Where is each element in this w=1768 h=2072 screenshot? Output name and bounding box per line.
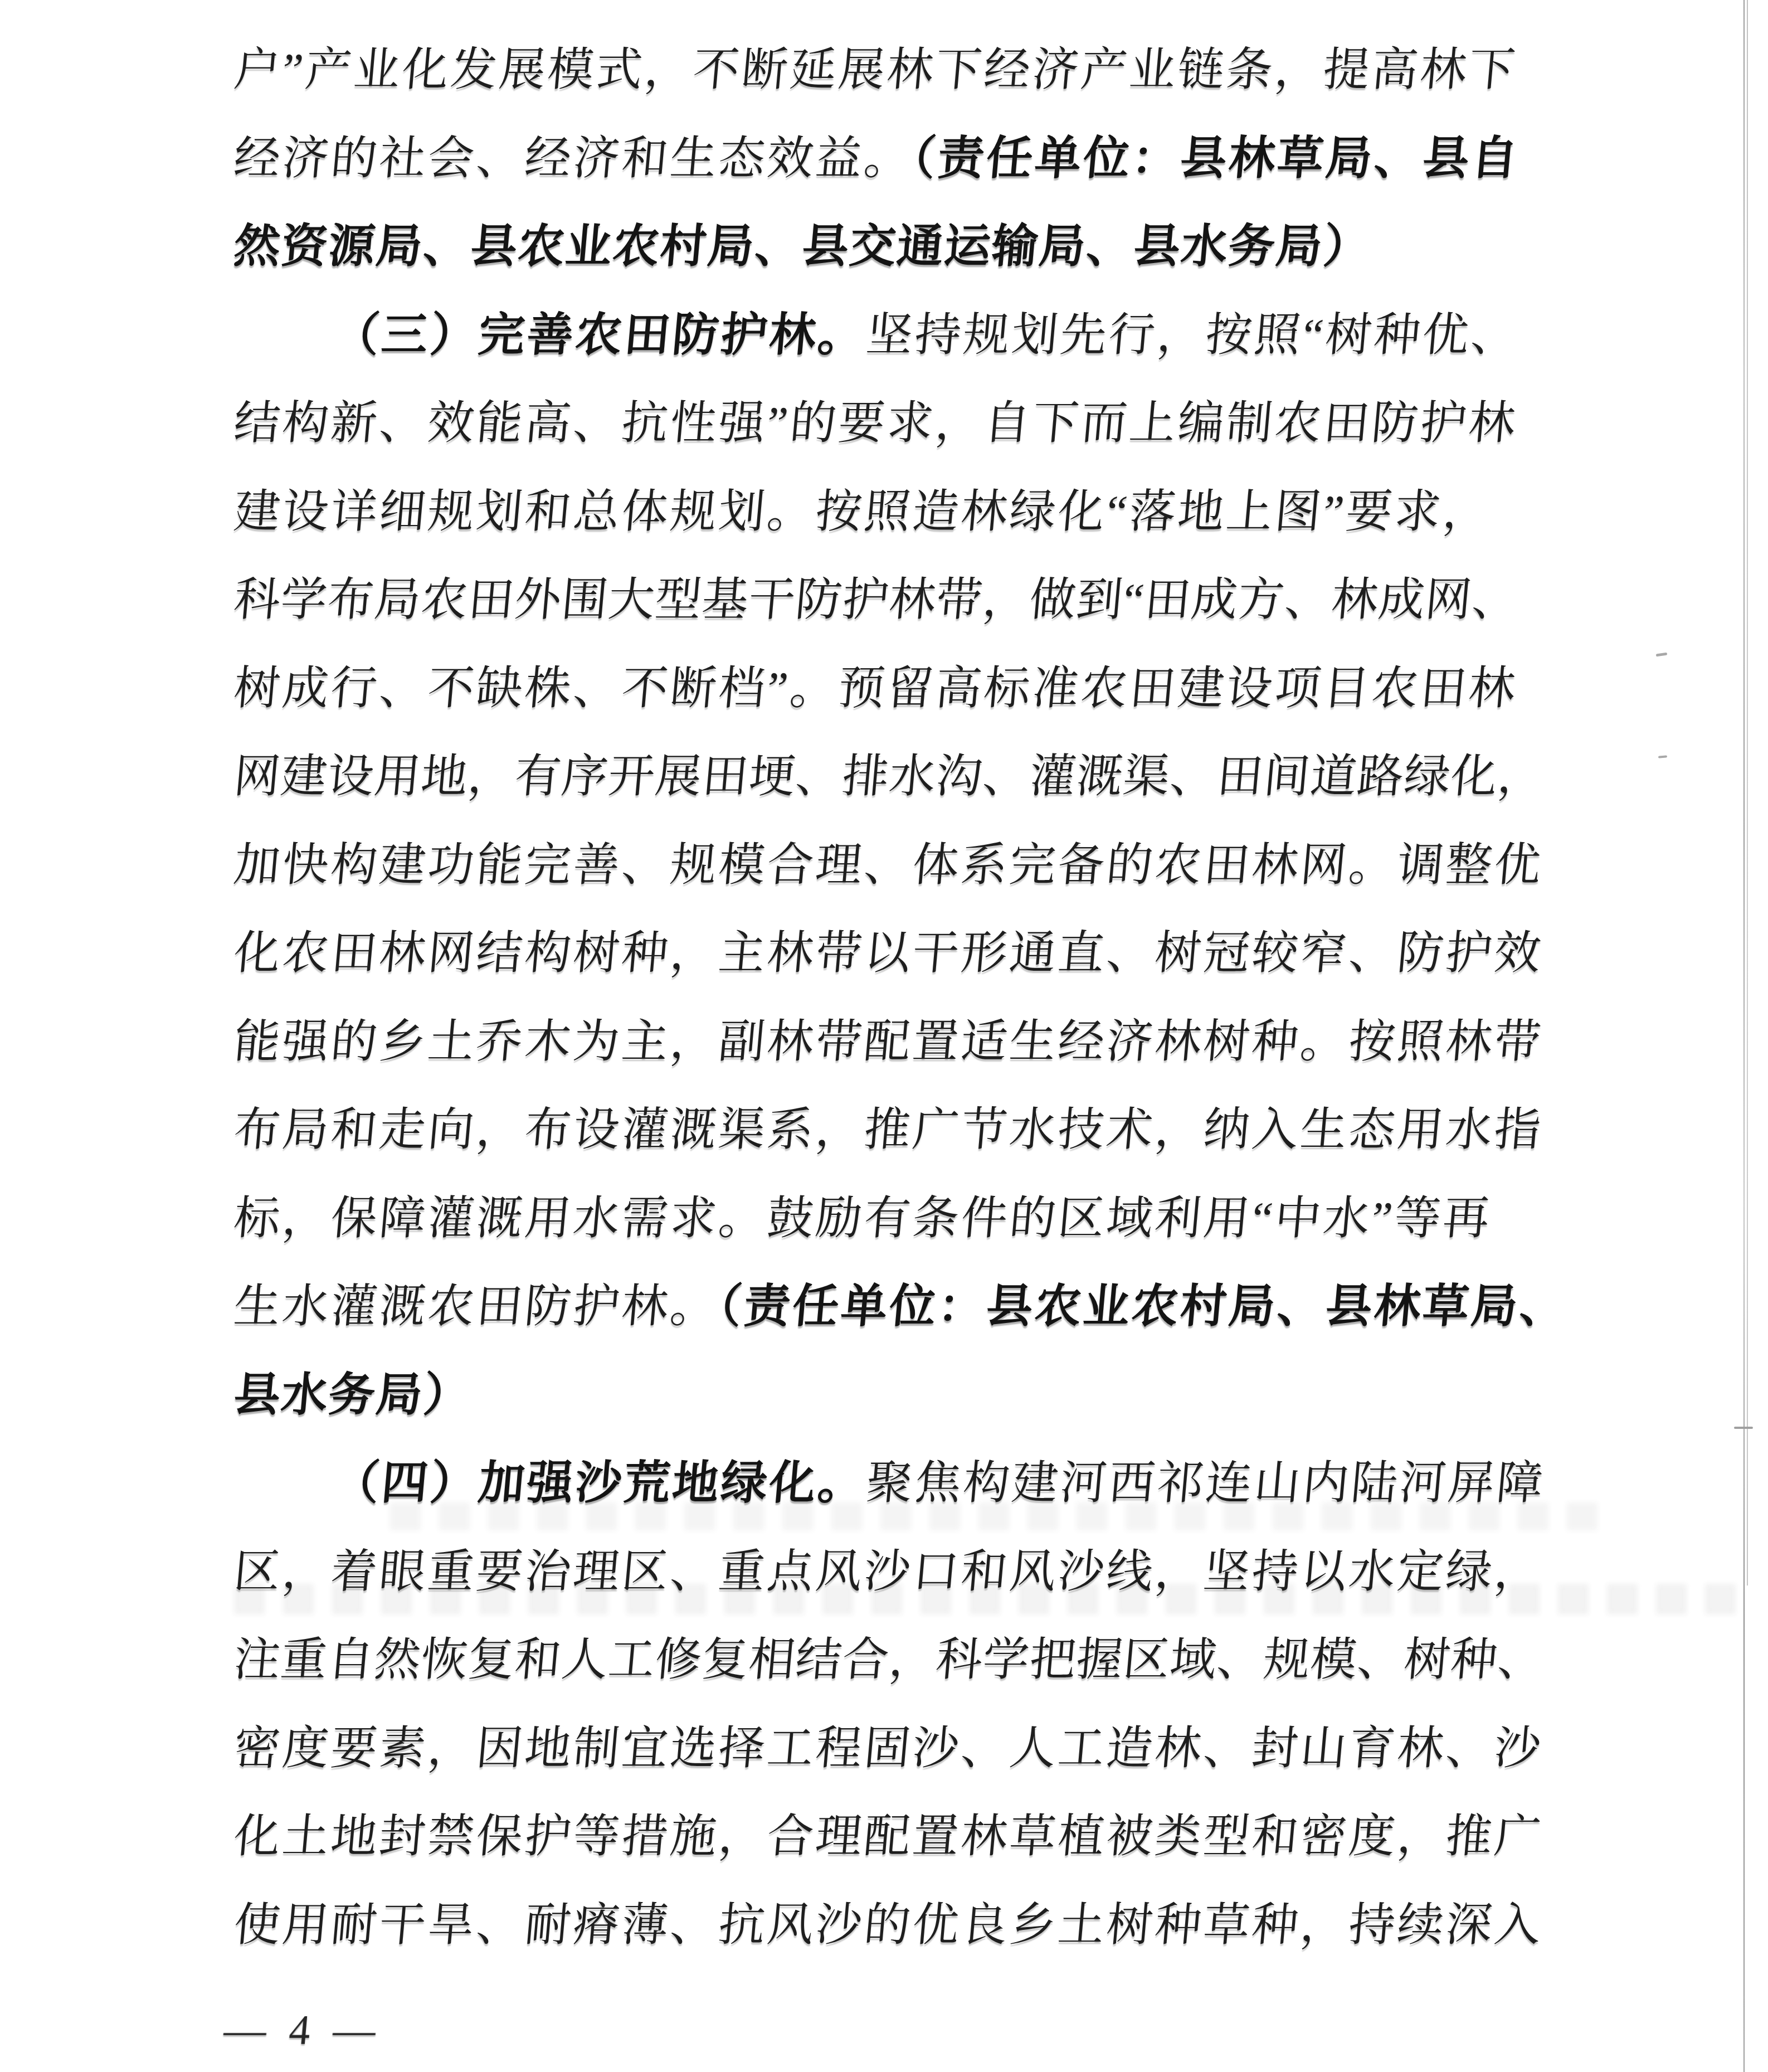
document-text-block: 户”产业化发展模式，不断延展林下经济产业链条，提高林下 经济的社会、经济和生态效…: [234, 26, 1543, 1969]
text-line-3: 然资源局、县农业农村局、县交通运输局、县水务局）: [230, 202, 1547, 291]
paper-edge-scan-line-secondary: [1747, 0, 1748, 1585]
responsibility-unit-text: 县水务局）: [232, 1369, 473, 1421]
line-text: 聚焦构建河西祁连山内陆河屏障: [864, 1457, 1547, 1509]
page-number: — 4 —: [222, 2005, 380, 2055]
line-text: 密度要素，因地制宜选择工程固沙、人工造林、封山育林、沙: [232, 1723, 1545, 1774]
section-heading: （四）加强沙荒地绿化。: [331, 1457, 869, 1509]
line-text: 网建设用地，有序开展田埂、排水沟、灌溉渠、田间道路绿化，: [232, 751, 1547, 802]
text-line-21: 化土地封禁保护等措施，合理配置林草植被类型和密度，推广: [230, 1792, 1547, 1881]
text-line-7: 科学布局农田外围大型基干防护林带，做到“田成方、林成网、: [230, 556, 1547, 644]
text-line-9: 网建设用地，有序开展田埂、排水沟、灌溉渠、田间道路绿化，: [230, 732, 1547, 821]
line-text: 树成行、不缺株、不断档”。预留高标准农田建设项目农田林: [232, 663, 1519, 714]
line-text: 建设详细规划和总体规划。按照造林绿化“落地上图”要求，: [232, 486, 1494, 537]
text-line-14: 标，保障灌溉用水需求。鼓励有条件的区域利用“中水”等再: [230, 1174, 1547, 1263]
section-heading: （三）完善农田防护林。: [331, 309, 869, 361]
line-text: 坚持规划先行，按照“树种优、: [864, 309, 1522, 361]
line-text: 能强的乡土乔木为主，副林带配置适生经济林树种。按照林带: [232, 1016, 1545, 1067]
line-text: 使用耐干旱、耐瘠薄、抗风沙的优良乡土树种草种，持续深入: [232, 1899, 1545, 1951]
line-text: 注重自然恢复和人工修复相结合，科学把握区域、规模、树种、: [232, 1634, 1547, 1685]
responsibility-unit-text: （责任单位：县农业农村局、县林草局、: [717, 1281, 1571, 1332]
text-line-11: 化农田林网结构树种，主林带以干形通直、树冠较窄、防护效: [230, 909, 1547, 998]
text-line-2: 经济的社会、经济和生态效益。（责任单位：县林草局、县自: [230, 114, 1547, 203]
text-line-12: 能强的乡土乔木为主，副林带配置适生经济林树种。按照林带: [230, 998, 1547, 1086]
bleed-through-ghost-band: [234, 1584, 1744, 1614]
line-bold-text: 然资源局、县农业农村局、县交通运输局、县水务局）: [232, 221, 1373, 272]
line-text: 化农田林网结构树种，主林带以干形通直、树冠较窄、防护效: [232, 927, 1545, 979]
scanned-document-page: 户”产业化发展模式，不断延展林下经济产业链条，提高林下 经济的社会、经济和生态效…: [0, 0, 1768, 2072]
text-line-6: 建设详细规划和总体规划。按照造林绿化“落地上图”要求，: [230, 468, 1547, 556]
bleed-through-ghost-band: [390, 1502, 1616, 1530]
scan-speck: [1658, 755, 1667, 758]
text-line-22: 使用耐干旱、耐瘠薄、抗风沙的优良乡土树种草种，持续深入: [230, 1881, 1547, 1969]
text-line-4-heading-3: （三）完善农田防护林。坚持规划先行，按照“树种优、: [230, 291, 1547, 380]
text-line-10: 加快构建功能完善、规模合理、体系完备的农田林网。调整优: [230, 821, 1547, 909]
line-text: 化土地封禁保护等措施，合理配置林草植被类型和密度，推广: [232, 1811, 1545, 1862]
text-line-5: 结构新、效能高、抗性强”的要求，自下而上编制农田防护林: [230, 379, 1547, 468]
text-line-20: 密度要素，因地制宜选择工程固沙、人工造林、封山育林、沙: [230, 1704, 1547, 1793]
line-text: 生水灌溉农田防护林。: [232, 1281, 721, 1332]
scan-edge-tick-mark: [1734, 1427, 1753, 1429]
text-line-8: 树成行、不缺株、不断档”。预留高标准农田建设项目农田林: [230, 644, 1547, 733]
paper-edge-scan-line: [1743, 0, 1745, 2072]
line-bold-text: （责任单位：县林草局、县自: [910, 133, 1522, 184]
text-line-19: 注重自然恢复和人工修复相结合，科学把握区域、规模、树种、: [230, 1616, 1547, 1704]
text-line-15: 生水灌溉农田防护林。（责任单位：县农业农村局、县林草局、: [230, 1262, 1547, 1351]
text-line-16: 县水务局）: [230, 1351, 1547, 1439]
line-text: 科学布局农田外围大型基干防护林带，做到“田成方、林成网、: [232, 574, 1521, 625]
text-line-1: 户”产业化发展模式，不断延展林下经济产业链条，提高林下: [230, 26, 1547, 114]
line-text: 经济的社会、经济和生态效益。: [232, 133, 915, 184]
line-text: 户”产业化发展模式，不断延展林下经济产业链条，提高林下: [232, 44, 1519, 95]
scan-speck: [1656, 653, 1668, 657]
line-text: 标，保障灌溉用水需求。鼓励有条件的区域利用“中水”等再: [232, 1193, 1494, 1244]
line-text: 结构新、效能高、抗性强”的要求，自下而上编制农田防护林: [232, 397, 1519, 449]
text-line-13: 布局和走向，布设灌溉渠系，推广节水技术，纳入生态用水指: [230, 1086, 1547, 1174]
line-text: 布局和走向，布设灌溉渠系，推广节水技术，纳入生态用水指: [232, 1104, 1545, 1155]
line-text: 加快构建功能完善、规模合理、体系完备的农田林网。调整优: [232, 839, 1545, 891]
